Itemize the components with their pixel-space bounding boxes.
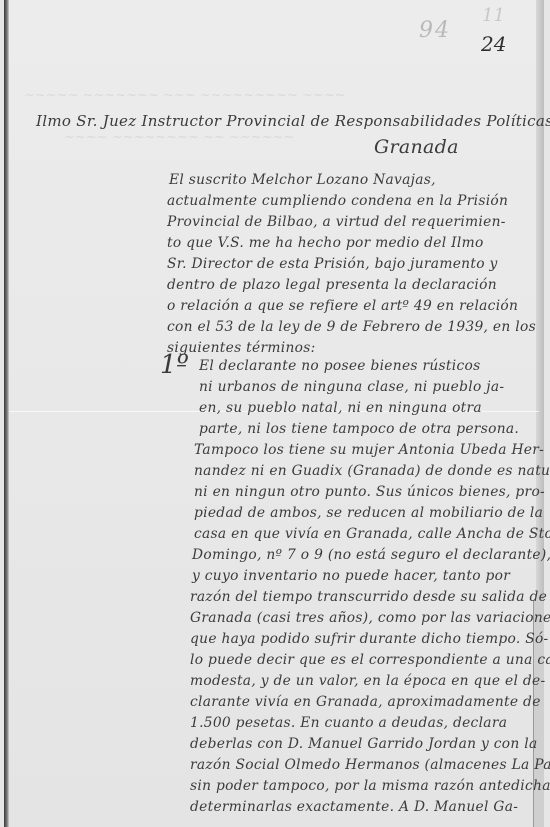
text-line: en, su pueblo natal, ni en ninguna otra [199, 400, 482, 416]
text-line: que haya podido sufrir durante dicho tie… [190, 631, 549, 647]
text-line: casa en que vivía en Granada, calle Anch… [194, 526, 550, 542]
bleed-through-text: ~~~~ ~~~~~~~~ ~~ ~~~~~~ [64, 130, 294, 145]
text-line: modesta, y de un valor, en la época en q… [190, 673, 545, 689]
text-line: siguientes términos: [167, 340, 316, 356]
faint-folio-mark: 94 [419, 18, 451, 43]
text-line: to que V.S. me ha hecho por medio del Il… [167, 235, 484, 251]
address-line: Ilmo Sr. Juez Instructor Provincial de R… [36, 112, 550, 130]
text-line: clarante vivía en Granada, aproximadamen… [190, 694, 541, 710]
text-line: El suscrito Melchor Lozano Navajas, [169, 172, 436, 188]
text-line: El declarante no posee bienes rústicos [199, 358, 481, 374]
text-line: Tampoco los tiene su mujer Antonia Ubeda… [194, 442, 544, 458]
bleed-through-text: ~~~~~ ~~~~~~~ ~~~ ~~~~~~~~~ ~~~~ [24, 88, 346, 103]
text-line: lo puede decir que es el correspondiente… [190, 652, 550, 668]
text-line: Domingo, nº 7 o 9 (no está seguro el dec… [192, 547, 550, 563]
address-city: Granada [374, 136, 459, 158]
item-number: 1º [160, 350, 189, 380]
text-line: piedad de ambos, se reducen al mobiliari… [194, 505, 543, 521]
text-line: razón del tiempo transcurrido desde su s… [190, 589, 547, 605]
text-line: ni urbanos de ninguna clase, ni pueblo j… [199, 379, 504, 395]
text-line: ni en ningun otro punto. Sus únicos bien… [194, 484, 545, 500]
text-line: nandez ni en Guadix (Granada) de donde e… [194, 463, 550, 479]
text-line: con el 53 de la ley de 9 de Febrero de 1… [167, 319, 536, 335]
text-line: sin poder tampoco, por la misma razón an… [190, 778, 550, 794]
text-line: Granada (casi tres años), como por las v… [190, 610, 550, 626]
text-line: deberlas con D. Manuel Garrido Jordan y … [190, 736, 538, 752]
faint-folio-mark: 11 [482, 5, 505, 26]
text-line: Provincial de Bilbao, a virtud del reque… [167, 214, 506, 230]
text-line: o relación a que se refiere el artº 49 e… [167, 298, 518, 314]
text-line: actualmente cumpliendo condena en la Pri… [167, 193, 508, 209]
text-line: dentro de plazo legal presenta la declar… [167, 277, 497, 293]
text-line: razón Social Olmedo Hermanos (almacenes … [190, 757, 550, 773]
text-line: 1.500 pesetas. En cuanto a deudas, decla… [190, 715, 507, 731]
binding-edge [4, 0, 9, 827]
text-line: determinarlas exactamente. A D. Manuel G… [190, 799, 518, 815]
text-line: Sr. Director de esta Prisión, bajo juram… [167, 256, 498, 272]
manuscript-page: ~~~~~ ~~~~~~~ ~~~ ~~~~~~~~~ ~~~~ ~~~~ ~~… [4, 0, 544, 827]
text-line: parte, ni los tiene tampoco de otra pers… [199, 421, 519, 437]
text-line: y cuyo inventario no puede hacer, tanto … [192, 568, 510, 584]
folio-number: 24 [481, 32, 506, 56]
